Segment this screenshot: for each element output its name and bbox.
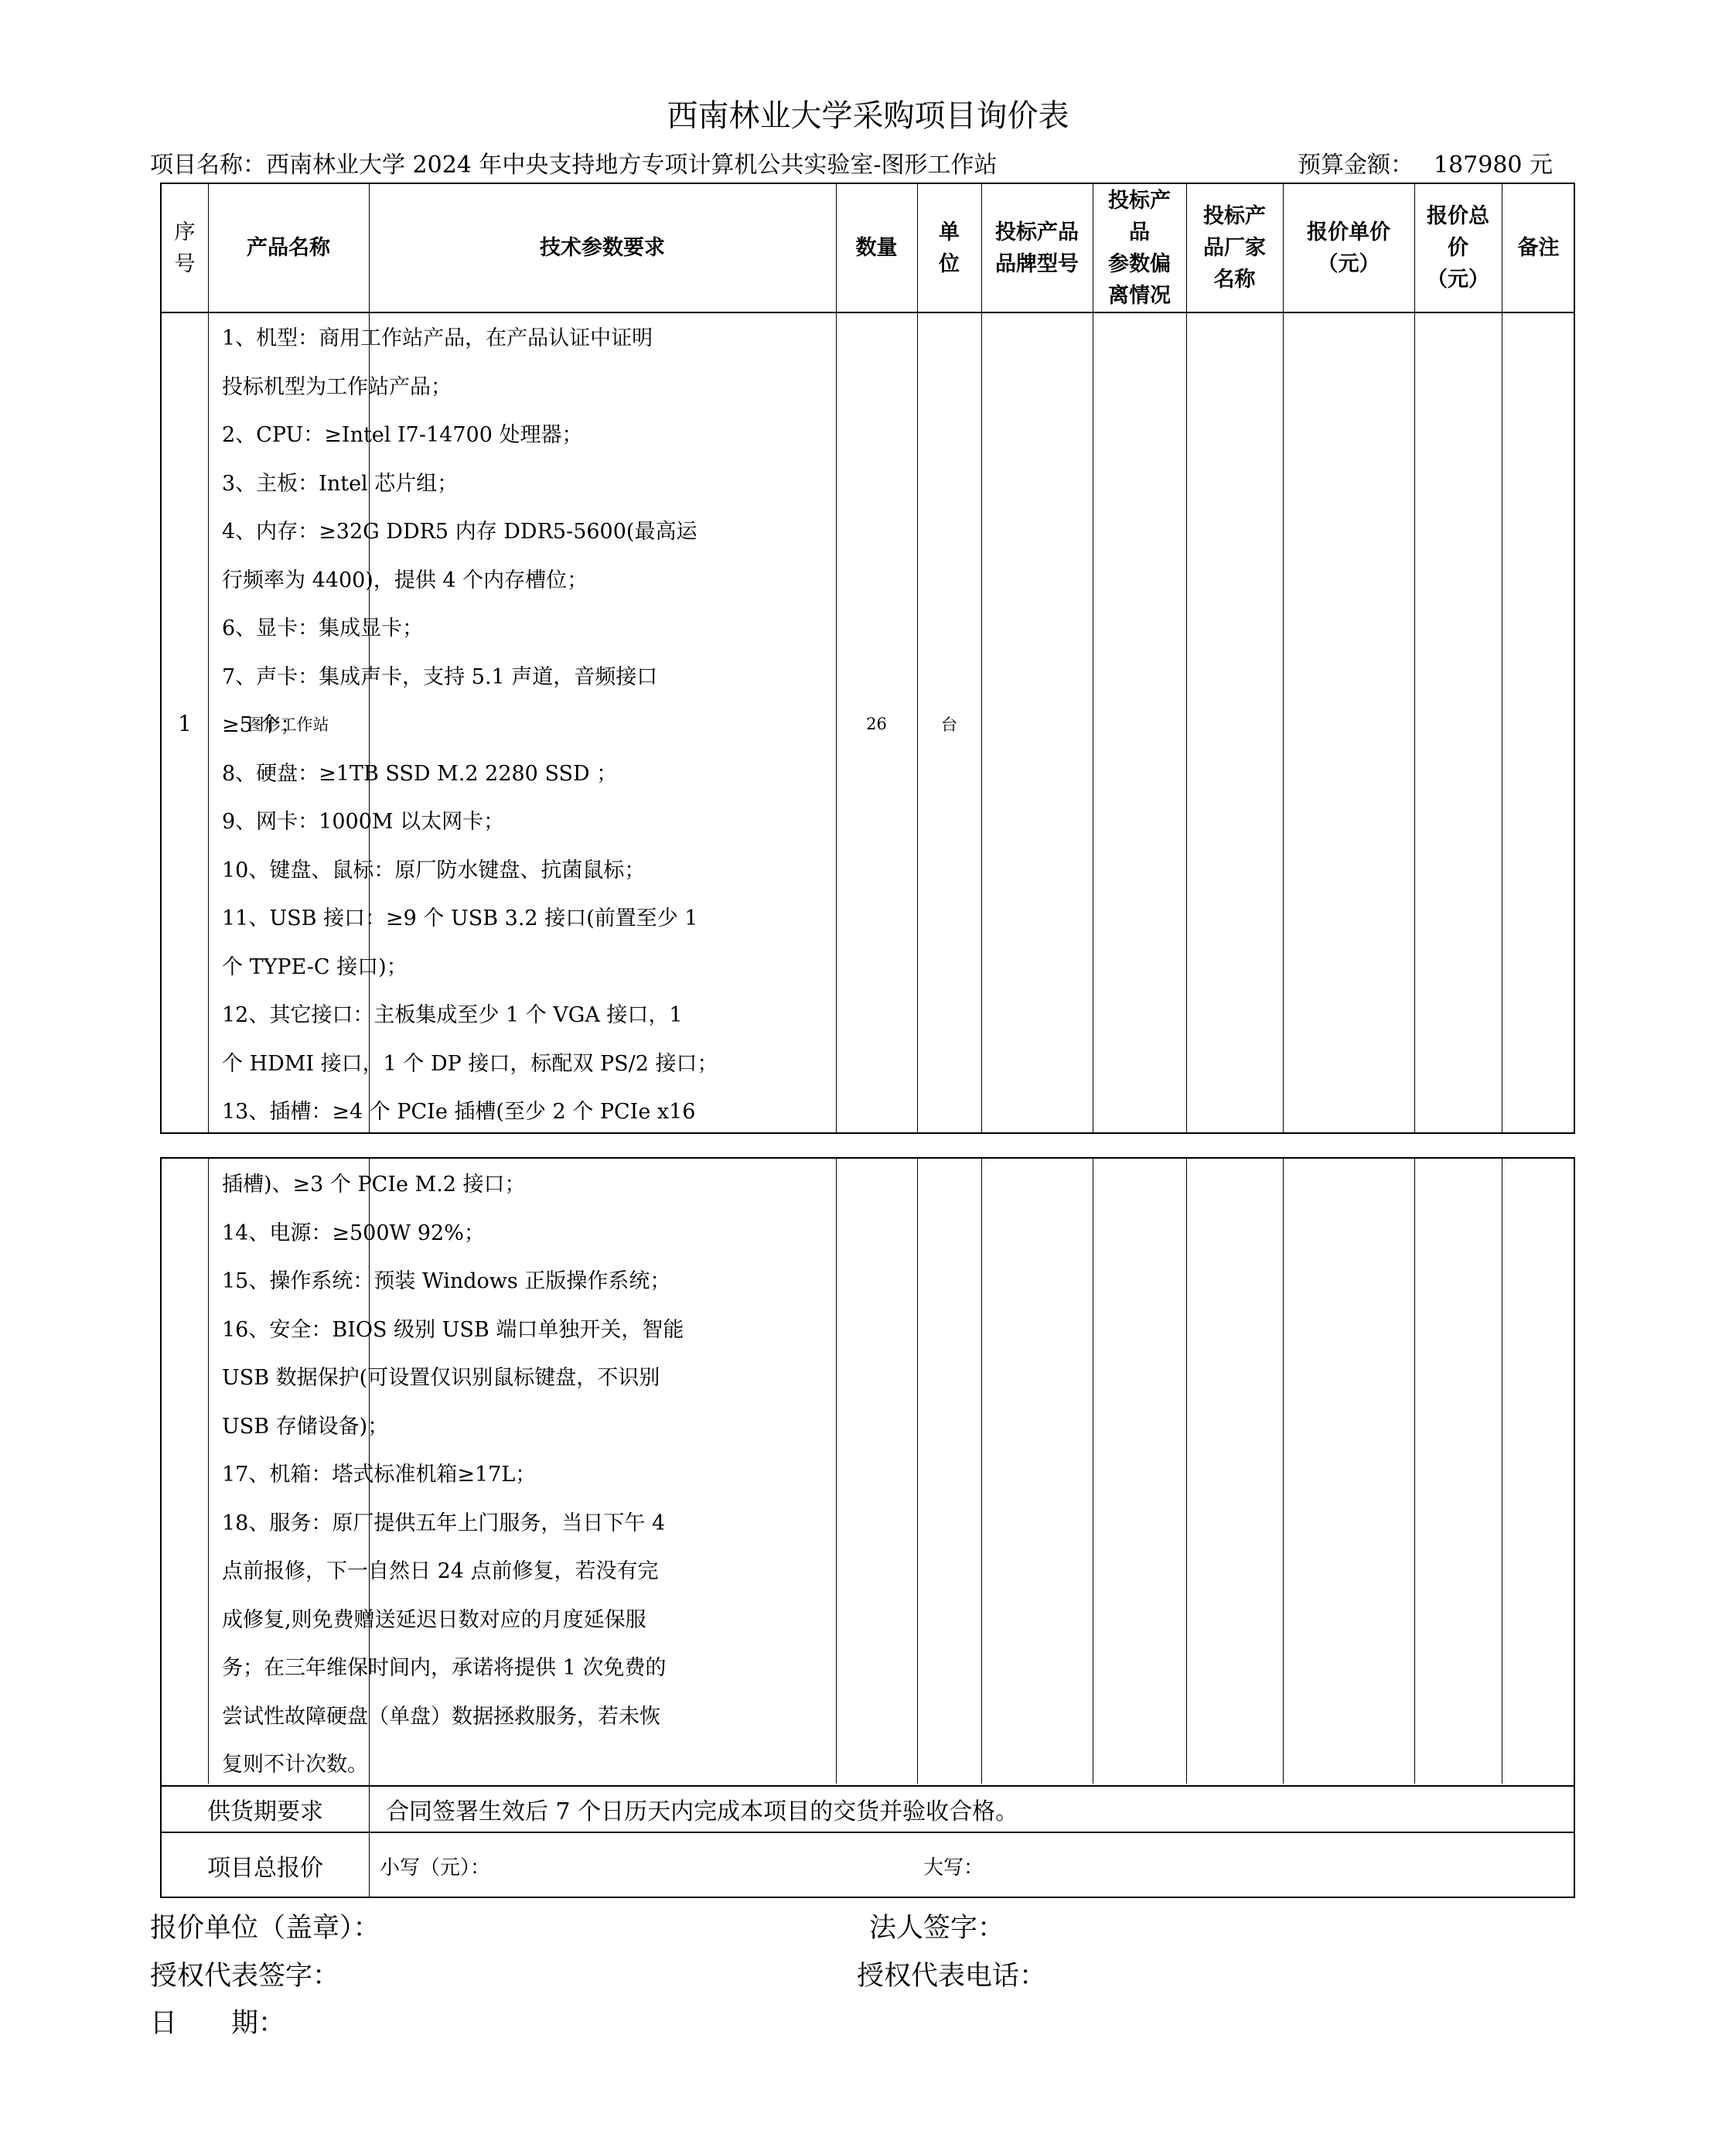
spec-line: 个 TYPE-C 接口)；: [222, 944, 686, 992]
spec-list-page1: 1、机型：商用工作站产品，在产品认证中证明 投标机型为工作站产品； 2、CPU：…: [222, 315, 686, 1137]
header-remarks: 备注: [1502, 184, 1575, 312]
spec-line: 务；在三年维保时间内，承诺将提供 1 次免费的: [222, 1644, 686, 1693]
header-quantity: 数量: [836, 184, 917, 312]
spec-line: 投标机型为工作站产品；: [222, 364, 686, 412]
spec-line: 15、操作系统：预装 Windows 正版操作系统；: [222, 1258, 686, 1306]
delivery-label: 供货期要求: [162, 1787, 369, 1832]
header-deviation: 投标产 品 参数偏 离情况: [1093, 184, 1186, 312]
header-index: 序 号: [162, 184, 208, 312]
total-lower-label: 小写（元）：: [380, 1833, 490, 1898]
quote-table-page2: 插槽)、≥3 个 PCIe M.2 接口； 14、电源：≥500W 92%； 1…: [160, 1157, 1575, 1898]
date-label: 日期：: [150, 2006, 285, 2040]
project-name-value: 西南林业大学 2024 年中央支持地方专项计算机公共实验室-图形工作站: [266, 152, 998, 179]
spec-list-page2: 插槽)、≥3 个 PCIe M.2 接口； 14、电源：≥500W 92%； 1…: [222, 1161, 686, 1790]
spec-line: 17、机箱：塔式标准机箱≥17L；: [222, 1451, 686, 1500]
spec-line: 个 HDMI 接口，1 个 DP 接口，标配双 PS/2 接口；: [222, 1040, 686, 1089]
delivery-text: 合同签署生效后 7 个日历天内完成本项目的交货并验收合格。: [386, 1787, 1018, 1832]
spec-line: 14、电源：≥500W 92%；: [222, 1210, 686, 1258]
row-quantity: 26: [836, 313, 917, 1134]
header-unit: 单 位: [917, 184, 981, 312]
spec-line: USB 数据保护(可设置仅识别鼠标键盘，不识别: [222, 1354, 686, 1403]
spec-line: 2、CPU：≥Intel I7-14700 处理器；: [222, 411, 686, 460]
spec-line: 3、主板：Intel 芯片组；: [222, 460, 686, 509]
row-remarks[interactable]: [1502, 313, 1575, 1134]
total-price-label: 项目总报价: [162, 1833, 369, 1898]
row-brand-model[interactable]: [981, 313, 1093, 1134]
header-product-name: 产品名称: [208, 184, 369, 312]
authorized-rep-phone-label: 授权代表电话：: [857, 1959, 1046, 1993]
spec-line: 6、显卡：集成显卡；: [222, 605, 686, 654]
spec-line: 成修复,则免费赠送延迟日数对应的月度延保服: [222, 1596, 686, 1645]
spec-line: 插槽)、≥3 个 PCIe M.2 接口；: [222, 1161, 686, 1210]
spec-line: 行频率为 4400)，提供 4 个内存槽位；: [222, 557, 686, 606]
spec-line: 12、其它接口：主板集成至少 1 个 VGA 接口，1: [222, 992, 686, 1040]
budget-amount: 187980 元: [1434, 152, 1553, 179]
spec-line: 18、服务：原厂提供五年上门服务，当日下午 4: [222, 1500, 686, 1548]
spec-line: 11、USB 接口：≥9 个 USB 3.2 接口(前置至少 1: [222, 895, 686, 944]
spec-line: 13、插槽：≥4 个 PCIe 插槽(至少 2 个 PCIe x16: [222, 1088, 686, 1137]
page-title: 西南林业大学采购项目询价表: [0, 97, 1736, 135]
header-brand-model: 投标产品 品牌型号: [981, 184, 1093, 312]
spec-line: 1、机型：商用工作站产品，在产品认证中证明: [222, 315, 686, 364]
quoting-unit-label: 报价单位（盖章）：: [150, 1911, 380, 1945]
spec-line: USB 存储设备)；: [222, 1403, 686, 1452]
budget-label: 预算金额：: [1298, 152, 1414, 179]
spec-line: 尝试性故障硬盘（单盘）数据拯救服务，若未恢: [222, 1693, 686, 1742]
spec-line: 10、键盘、鼠标：原厂防水键盘、抗菌鼠标；: [222, 847, 686, 896]
budget-line: 预算金额：187980 元: [1298, 150, 1553, 181]
authorized-rep-signature-label: 授权代表签字：: [150, 1959, 339, 1993]
total-upper-label: 大写：: [923, 1833, 984, 1898]
header-manufacturer: 投标产 品厂家 名称: [1186, 184, 1283, 312]
total-lower-input[interactable]: [502, 1833, 904, 1898]
spec-line: 16、安全：BIOS 级别 USB 端口单独开关，智能: [222, 1306, 686, 1355]
project-name-line: 项目名称：西南林业大学 2024 年中央支持地方专项计算机公共实验室-图形工作站: [150, 150, 998, 181]
row-deviation[interactable]: [1093, 313, 1186, 1134]
project-name-label: 项目名称：: [150, 152, 266, 179]
header-tech-params: 技术参数要求: [369, 184, 836, 312]
header-total-price: 报价总 价 （元）: [1414, 184, 1502, 312]
spec-line: 点前报修，下一自然日 24 点前修复，若没有完: [222, 1548, 686, 1596]
spec-line: 9、网卡：1000M 以太网卡；: [222, 798, 686, 847]
spec-line: 8、硬盘：≥1TB SSD M.2 2280 SSD ；: [222, 750, 686, 799]
header-unit-price: 报价单价 （元）: [1283, 184, 1414, 312]
row-total-price[interactable]: [1414, 313, 1502, 1134]
spec-line: 4、内存：≥32G DDR5 内存 DDR5-5600(最高运: [222, 508, 686, 557]
spec-line: 复则不计次数。: [222, 1741, 686, 1790]
total-upper-input[interactable]: [981, 1833, 1569, 1898]
spec-line: 7、声卡：集成声卡，支持 5.1 声道，音频接口: [222, 654, 686, 702]
quote-table-page1: 序 号 产品名称 技术参数要求 数量 单 位 投标产品 品牌型号 投标产 品 参…: [160, 183, 1575, 1134]
spec-line: ≥5 个；: [222, 702, 686, 750]
row-unit: 台: [917, 313, 981, 1134]
row-unit-price[interactable]: [1283, 313, 1414, 1134]
row-index: 1: [162, 313, 208, 1134]
row-manufacturer[interactable]: [1186, 313, 1283, 1134]
legal-rep-signature-label: 法人签字：: [869, 1911, 1004, 1945]
